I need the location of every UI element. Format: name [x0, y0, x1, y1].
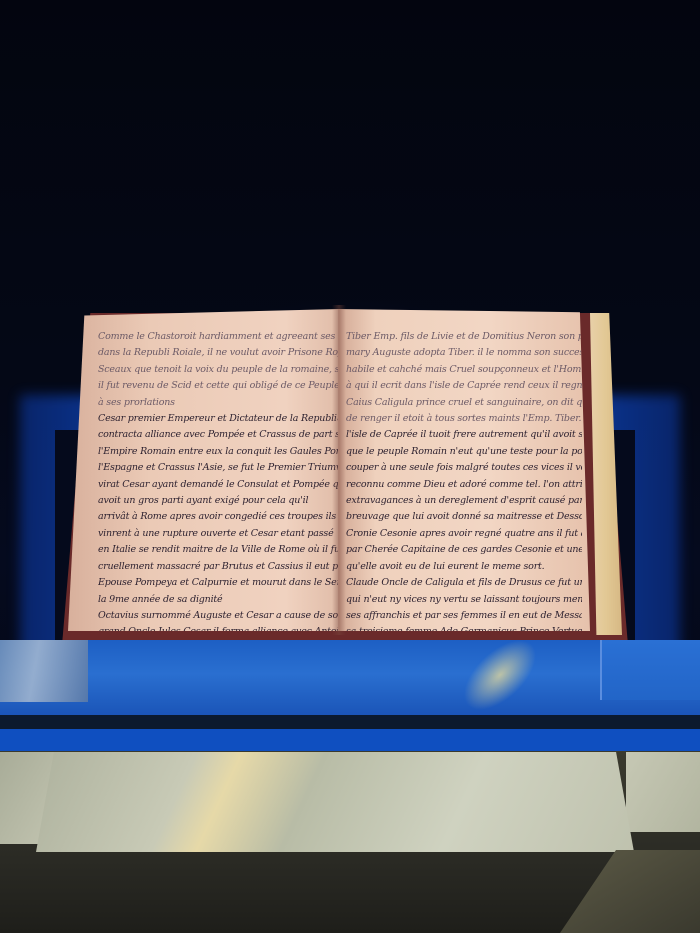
handwritten-line: couper à une seule fois malgré toutes ce… — [346, 460, 582, 476]
handwritten-line: ses affranchis et par ses femmes il en e… — [346, 608, 582, 624]
open-manuscript-book: Comme le Chastoroit hardiamment et agree… — [62, 305, 628, 645]
right-page: Tiber Emp. fils de Livie et de Domitius … — [338, 309, 590, 631]
handwritten-line: l'Empire Romain entre eux la conquit les… — [98, 444, 338, 460]
handwritten-line: par Cherée Capitaine de ces gardes Ceson… — [346, 542, 582, 558]
glass-panel-right — [600, 640, 700, 700]
glass-shelf — [0, 640, 700, 715]
brushed-metal-plate — [36, 752, 634, 852]
book-gutter — [332, 305, 346, 635]
handwritten-line: grand Oncle Jules Cesar il forma allianc… — [98, 624, 338, 631]
left-page-text: Comme le Chastoroit hardiamment et agree… — [98, 329, 338, 631]
handwritten-line: Comme le Chastoroit hardiamment et agree… — [98, 329, 338, 345]
left-page: Comme le Chastoroit hardiamment et agree… — [68, 309, 340, 631]
glass-panel-left — [0, 640, 88, 702]
handwritten-line: qu'elle avoit eu de lui eurent le meme s… — [346, 559, 582, 575]
handwritten-line: Cronie Cesonie apres avoir regné quatre … — [346, 526, 582, 542]
handwritten-line: dans la Republi Roiale, il ne voulut avo… — [98, 345, 338, 361]
handwritten-line: que le peuple Romain n'eut qu'une teste … — [346, 444, 582, 460]
handwritten-line: extravagances à un dereglement d'esprit … — [346, 493, 582, 509]
handwritten-line: breuvage que lui avoit donné sa maitress… — [346, 509, 582, 525]
handwritten-line: de renger il etoit à tous sortes maints … — [346, 411, 582, 427]
handwritten-line: Tiber Emp. fils de Livie et de Domitius … — [346, 329, 582, 345]
handwritten-line: il fut revenu de Scid et cette qui oblig… — [98, 378, 338, 394]
handwritten-line: cruellement massacré par Brutus et Cassi… — [98, 559, 338, 575]
handwritten-line: Cesar premier Empereur et Dictateur de l… — [98, 411, 338, 427]
handwritten-line: contracta alliance avec Pompée et Crassu… — [98, 427, 338, 443]
handwritten-line: Claude Oncle de Caligula et fils de Drus… — [346, 575, 582, 591]
handwritten-line: vinrent à une rupture ouverte et Cesar e… — [98, 526, 338, 542]
handwritten-line: mary Auguste adopta Tiber. il le nomma s… — [346, 345, 582, 361]
handwritten-line: arrivât à Rome apres avoir congedié ces … — [98, 509, 338, 525]
handwritten-line: habile et cahché mais Cruel soupçonneux … — [346, 362, 582, 378]
handwritten-line: Caius Caligula prince cruel et sanguinai… — [346, 395, 582, 411]
handwritten-line: Sceaux que tenoit la voix du peuple de l… — [98, 362, 338, 378]
handwritten-line: en Italie se rendit maitre de la Ville d… — [98, 542, 338, 558]
handwritten-line: Octavius surnommé Auguste et Cesar a cau… — [98, 608, 338, 624]
handwritten-line: à ses prorlations — [98, 395, 338, 411]
museum-display-scene: Comme le Chastoroit hardiamment et agree… — [0, 0, 700, 933]
handwritten-line: sa troisieme femme Ade Germanicus Prince… — [346, 624, 582, 631]
metal-plate-right — [626, 752, 700, 832]
case-rail-blue — [0, 729, 700, 751]
handwritten-line: la 9me année de sa dignité — [98, 592, 338, 608]
handwritten-line: reconnu comme Dieu et adoré comme tel. l… — [346, 477, 582, 493]
case-rail-dark — [0, 715, 700, 729]
handwritten-line: à qui il ecrit dans l'isle de Caprée ren… — [346, 378, 582, 394]
handwritten-line: qui n'eut ny vices ny vertu se laissant … — [346, 592, 582, 608]
right-page-text: Tiber Emp. fils de Livie et de Domitius … — [346, 329, 582, 631]
handwritten-line: avoit un gros parti ayant exigé pour cel… — [98, 493, 338, 509]
handwritten-line: l'isle de Caprée il tuoit frere autremen… — [346, 427, 582, 443]
handwritten-line: Epouse Pompeya et Calpurnie et mourut da… — [98, 575, 338, 591]
handwritten-line: l'Espagne et Crassus l'Asie, se fut le P… — [98, 460, 338, 476]
handwritten-line: virat Cesar ayant demandé le Consulat et… — [98, 477, 338, 493]
